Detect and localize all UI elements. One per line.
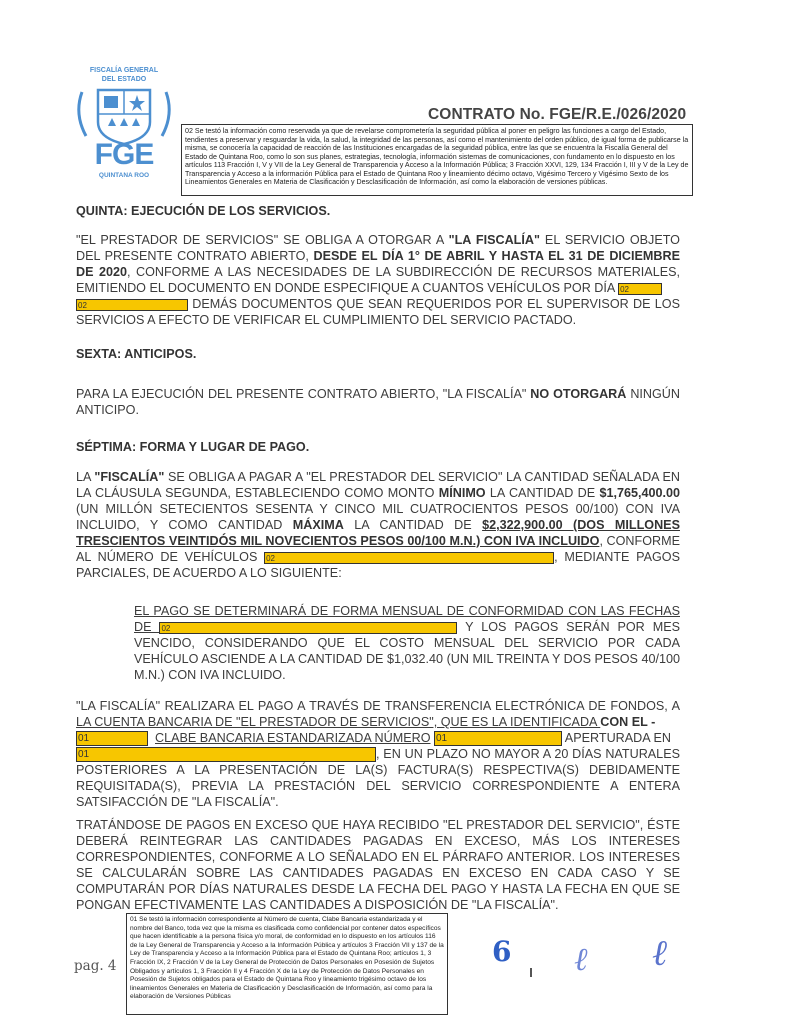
- redaction-box: 01: [76, 731, 148, 746]
- text-bold: "FISCALÍA": [94, 470, 164, 484]
- initial-signature-2: ℓ: [574, 940, 587, 978]
- section-heading-septima: SÉPTIMA: FORMA Y LUGAR DE PAGO.: [76, 440, 309, 454]
- text: LA CANTIDAD DE: [486, 486, 600, 500]
- logo-top-text: FISCALÍA GENERAL DEL ESTADO: [68, 66, 180, 84]
- text-bold: MÁXIMA: [293, 518, 344, 532]
- text: LA CUENTA: [76, 715, 144, 729]
- text: CLABE BANCARIA ESTANDARIZADA NÚMERO: [155, 731, 431, 745]
- redaction-box: 01: [76, 747, 376, 762]
- text: PARA LA EJECUCIÓN DEL PRESENTE CONTRATO …: [76, 387, 530, 401]
- initial-signature-1: 6: [492, 935, 511, 968]
- contract-title: CONTRATO No. FGE/R.E./026/2020: [428, 106, 686, 124]
- text: LA: [76, 470, 94, 484]
- redaction-note-02: 02 Se testó la información como reservad…: [181, 124, 693, 196]
- septima-paragraph-4: TRATÁNDOSE DE PAGOS EN EXCESO QUE HAYA R…: [76, 817, 680, 913]
- redaction-box: 02: [618, 283, 662, 295]
- initial-signature-3: ℓ: [652, 932, 667, 974]
- sexta-paragraph: PARA LA EJECUCIÓN DEL PRESENTE CONTRATO …: [76, 386, 680, 418]
- logo-bottom-text: QUINTANA ROO: [68, 172, 180, 179]
- septima-paragraph-2: EL PAGO SE DETERMINARÁ DE FORMA MENSUAL …: [134, 603, 680, 683]
- text: LA CANTIDAD DE: [344, 518, 482, 532]
- page-number: pag. 4: [74, 958, 117, 974]
- redaction-box: 01: [434, 731, 562, 746]
- redaction-note-01: 01 Se testó la información correspondien…: [126, 913, 448, 1015]
- tick-mark: [530, 968, 532, 977]
- logo-acronym: FGE: [68, 138, 180, 172]
- fge-logo: FISCALÍA GENERAL DEL ESTADO FGE QUINTANA…: [68, 66, 180, 186]
- redaction-box: 02: [76, 299, 188, 311]
- text: "LA FISCALÍA" REALIZARA EL PAGO A TRAVÉS…: [76, 699, 680, 713]
- text: "EL PRESTADOR DE SERVICIOS" SE OBLIGA A …: [76, 233, 449, 247]
- text: BANCARIA DE "EL PRESTADOR DE SERVICIOS",…: [144, 715, 600, 729]
- text: APERTURADA EN: [562, 731, 671, 745]
- text-bold: "LA FISCALÍA": [449, 233, 540, 247]
- text-bold: MÍNIMO: [439, 486, 486, 500]
- shield-emblem-icon: [68, 84, 180, 146]
- septima-paragraph-1: LA "FISCALÍA" SE OBLIGA A PAGAR A "EL PR…: [76, 469, 680, 581]
- quinta-paragraph: "EL PRESTADOR DE SERVICIOS" SE OBLIGA A …: [76, 232, 680, 328]
- septima-paragraph-3: "LA FISCALÍA" REALIZARA EL PAGO A TRAVÉS…: [76, 698, 680, 810]
- redaction-box: 02: [264, 552, 554, 564]
- logo-line-2: DEL ESTADO: [68, 75, 180, 84]
- section-heading-quinta: QUINTA: EJECUCIÓN DE LOS SERVICIOS.: [76, 204, 330, 218]
- text: , CONFORME A LAS NECESIDADES DE LA SUBDI…: [76, 265, 680, 295]
- logo-line-1: FISCALÍA GENERAL: [68, 66, 180, 75]
- redaction-box: 02: [159, 622, 457, 634]
- text-bold: NO OTORGARÁ: [530, 387, 626, 401]
- minimum-amount: $1,765,400.00: [599, 486, 680, 500]
- section-heading-sexta: SEXTA: ANTICIPOS.: [76, 347, 196, 361]
- text-bold: CON EL -: [600, 715, 655, 729]
